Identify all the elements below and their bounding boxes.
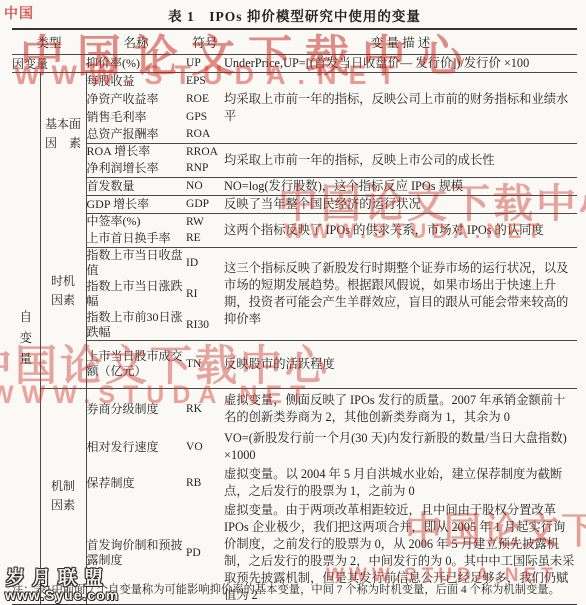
name-cell-no: 首发数量: [86, 177, 186, 195]
row-rw: 中签率(%) RW 这两个指标反映了 IPOs 的供求关系，市场对 IPOs 的…: [12, 213, 577, 230]
desc-cell-market: 这三个指标反映了新股发行时期整个证券市场的运行状况，以及市场的短期发展趋势。根据…: [224, 247, 577, 340]
header-type: 类型: [12, 29, 86, 54]
desc-cell-rb: 虚拟变量。以 2004 年 5 月自洪城水业始，建立保荐制度为截断点，之后发行的…: [224, 464, 577, 502]
symbol-cell-ri: RI: [186, 278, 224, 310]
symbol-cell-re: RE: [186, 230, 224, 247]
row-tn: 上市当日股市成交额（亿元） TN 反映股市的活跃程度: [12, 340, 577, 388]
header-row: 类型 名称 符号 变 量 描 述: [12, 29, 577, 54]
symbol-cell-roa: ROA: [186, 126, 224, 143]
symbol-cell-rb: RB: [186, 464, 224, 502]
name-cell-rk: 券商分级制度: [86, 388, 186, 430]
name-cell-re: 上市首日换手率: [86, 230, 186, 247]
dependent-variable-row: 因变量 抑价率(%) UP UnderPrice,UP=[(首发当日收盘价— 发…: [12, 54, 577, 72]
symbol-cell-rnp: RNP: [186, 160, 224, 177]
scanned-paper-page: 表 1 IPOs 抑价模型研究中使用的变量 类型 名称 符号 变 量 描 述 因…: [0, 0, 586, 605]
symbol-cell-rroa: RROA: [186, 143, 224, 160]
row-no: 首发数量 NO NO=log(发行股数)，这个指标反应 IPOs 规模: [12, 177, 577, 195]
row-rk: 机制 因素 券商分级制度 RK 虚拟变量，侧面反映了 IPOs 发行的质量。20…: [12, 388, 577, 430]
name-cell-rnp: 净利润增长率: [86, 160, 186, 177]
row-gdp: 时机 因素 GDP 增长率 GDP 反映了当年整个国民经济的运行状况: [12, 195, 577, 213]
name-cell-gps: 销售毛利率: [86, 108, 186, 126]
header-description: 变 量 描 述: [224, 29, 577, 54]
watermark-syue-logo: 岁月联盟: [6, 563, 110, 590]
symbol-cell-gps: GPS: [186, 108, 224, 126]
row-rb: 保荐制度 RB 虚拟变量。以 2004 年 5 月自洪城水业始，建立保荐制度为截…: [12, 464, 577, 502]
symbol-cell-eps: EPS: [186, 72, 224, 90]
symbol-cell-rk: RK: [186, 388, 224, 430]
name-cell-roe: 净资产收益率: [86, 90, 186, 108]
type-cell-independent: 自 变 量: [12, 72, 40, 605]
row-vo: 相对发行速度 VO VO=(新股发行前一个月(30 天)内发行新股的数量/当日大…: [12, 430, 577, 464]
name-cell-tn: 上市当日股市成交额（亿元）: [86, 340, 186, 388]
desc-cell-growth: 均采取上市前一年的指标，反映上市公司的成长性: [224, 143, 577, 177]
row-eps: 自 变 量 基本面 因 素 每股收益 EPS 均采取上市前一年的指标，反映公司上…: [12, 72, 577, 90]
table-title: 表 1 IPOs 抑价模型研究中使用的变量: [12, 5, 577, 25]
symbol-cell-no: NO: [186, 177, 224, 195]
name-cell-gdp: GDP 增长率: [86, 195, 186, 213]
type-cell-dependent: 因变量: [12, 54, 86, 72]
name-cell-ri30: 指数上市前30日涨跌幅: [86, 310, 186, 341]
watermark-syue-url: www.Syue.com: [5, 587, 119, 603]
desc-cell-gdp: 反映了当年整个国民经济的运行状况: [224, 195, 577, 213]
name-cell-eps: 每股收益: [86, 72, 186, 90]
name-cell-rroa: ROA 增长率: [86, 143, 186, 160]
desc-cell-no: NO=log(发行股数)，这个指标反应 IPOs 规模: [224, 177, 577, 195]
name-cell-up: 抑价率(%): [86, 54, 186, 72]
symbol-cell-id: ID: [186, 247, 224, 278]
symbol-cell-ri30: RI30: [186, 310, 224, 341]
desc-cell-supply: 这两个指标反映了 IPOs 的供求关系，市场对 IPOs 的认同度: [224, 213, 577, 247]
group-cell-fundamental: 基本面 因 素: [40, 72, 86, 195]
symbol-cell-up: UP: [186, 54, 224, 72]
symbol-cell-rw: RW: [186, 213, 224, 230]
name-cell-id: 指数上市当日收盘值: [86, 247, 186, 278]
desc-cell-vo: VO=(新股发行前一个月(30 天)内发行新股的数量/当日大盘指数) ×1000: [224, 430, 577, 464]
variables-table: 类型 名称 符号 变 量 描 述 因变量 抑价率(%) UP UnderPric…: [12, 28, 577, 605]
name-cell-vo: 相对发行速度: [86, 430, 186, 464]
row-rroa: ROA 增长率 RROA 均采取上市前一年的指标，反映上市公司的成长性: [12, 143, 577, 160]
symbol-cell-gdp: GDP: [186, 195, 224, 213]
desc-cell-rk: 虚拟变量，侧面反映了 IPOs 发行的质量。2007 年承销金额前十名的创新类券…: [224, 388, 577, 430]
desc-cell-financial: 均采取上市前一年的指标，反映公司上市前的财务指标和业绩水平: [224, 72, 577, 143]
symbol-cell-tn: TN: [186, 340, 224, 388]
symbol-cell-vo: VO: [186, 430, 224, 464]
desc-cell-up: UnderPrice,UP=[(首发当日收盘价— 发行价])/发行价 ×100: [224, 54, 577, 72]
name-cell-rb: 保荐制度: [86, 464, 186, 502]
row-id: 指数上市当日收盘值 ID 这三个指标反映了新股发行时期整个证券市场的运行状况，以…: [12, 247, 577, 278]
name-cell-rw: 中签率(%): [86, 213, 186, 230]
header-symbol: 符号: [186, 29, 224, 54]
desc-cell-tn: 反映股市的活跃程度: [224, 340, 577, 388]
header-name: 名称: [86, 29, 186, 54]
name-cell-roa: 总资产报酬率: [86, 126, 186, 143]
name-cell-ri: 指数上市当日涨跌幅: [86, 278, 186, 310]
symbol-cell-roe: ROE: [186, 90, 224, 108]
group-cell-timing: 时机 因素: [40, 195, 86, 388]
